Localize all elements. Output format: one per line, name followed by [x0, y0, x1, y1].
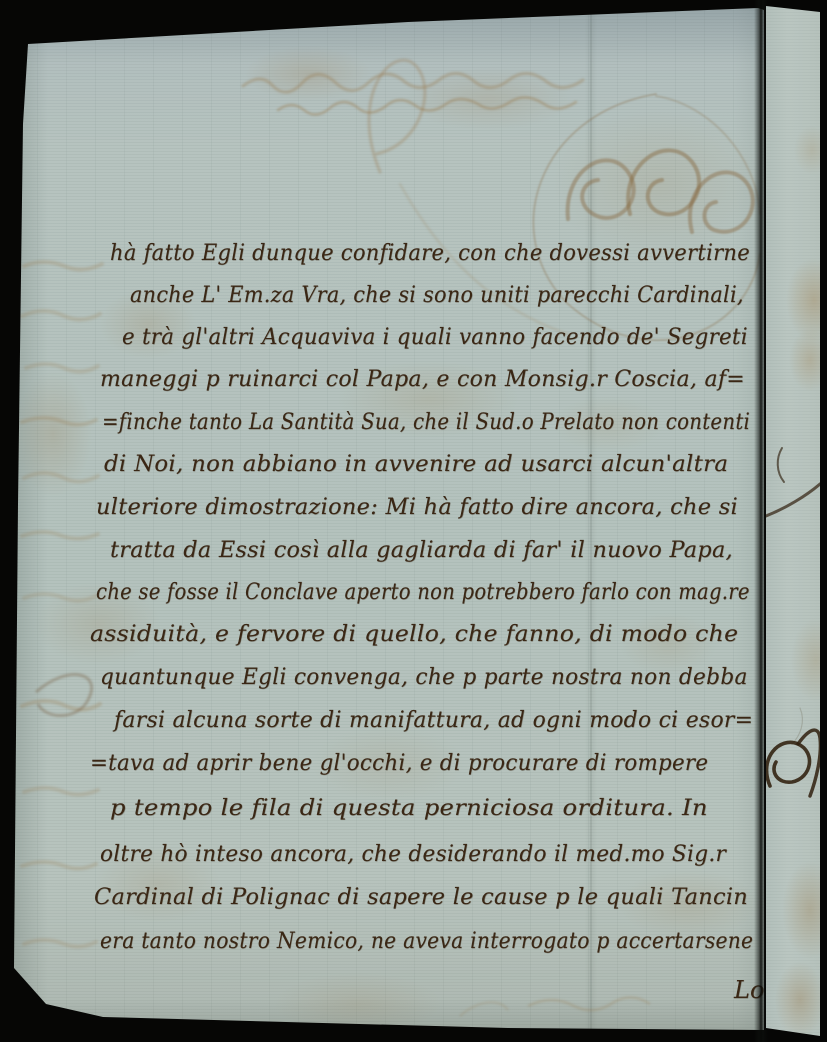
manuscript-line: era tanto nostro Nemico, ne aveva interr…	[100, 929, 753, 954]
letter-page: hà fatto Egli dunque confidare, con che …	[8, 4, 764, 1034]
manuscript-line: =finche tanto La Santità Sua, che il Sud…	[102, 410, 750, 435]
manuscript-line: e trà gl'altri Acquaviva i quali vanno f…	[122, 325, 748, 350]
manuscript-line: anche L' Em.za Vra, che si sono uniti pa…	[130, 283, 744, 308]
manuscript-line: quantunque Egli convenga, che p parte no…	[100, 665, 748, 690]
manuscript-line: tratta da Essi così alla gagliarda di fa…	[110, 538, 733, 563]
manuscript-line: p tempo le fila di questa perniciosa ord…	[110, 796, 708, 821]
manuscript-line: ulteriore dimostrazione: Mi hà fatto dir…	[96, 495, 738, 520]
manuscript-line: che se fosse il Conclave aperto non potr…	[96, 580, 750, 605]
letter-text: hà fatto Egli dunque confidare, con che …	[8, 4, 764, 1034]
page-gutter	[754, 0, 768, 1042]
manuscript-line: =tava ad aprir bene gl'occhi, e di procu…	[90, 751, 708, 776]
manuscript-line: Cardinal di Polignac di sapere le cause …	[94, 885, 748, 910]
manuscript-line: oltre hò inteso ancora, che desiderando …	[100, 842, 726, 867]
manuscript-line: maneggi p ruinarci col Papa, e con Monsi…	[100, 367, 745, 392]
manuscript-line: di Noi, non abbiano in avvenire ad usarc…	[104, 452, 728, 477]
manuscript-line: assiduità, e fervore di quello, che fann…	[90, 622, 738, 647]
facing-page-ink-marks	[766, 0, 820, 1042]
manuscript-scan: hà fatto Egli dunque confidare, con che …	[0, 0, 827, 1042]
manuscript-line: farsi alcuna sorte di manifattura, ad og…	[114, 708, 753, 733]
manuscript-line: hà fatto Egli dunque confidare, con che …	[110, 241, 750, 266]
facing-page-edge	[766, 0, 820, 1042]
